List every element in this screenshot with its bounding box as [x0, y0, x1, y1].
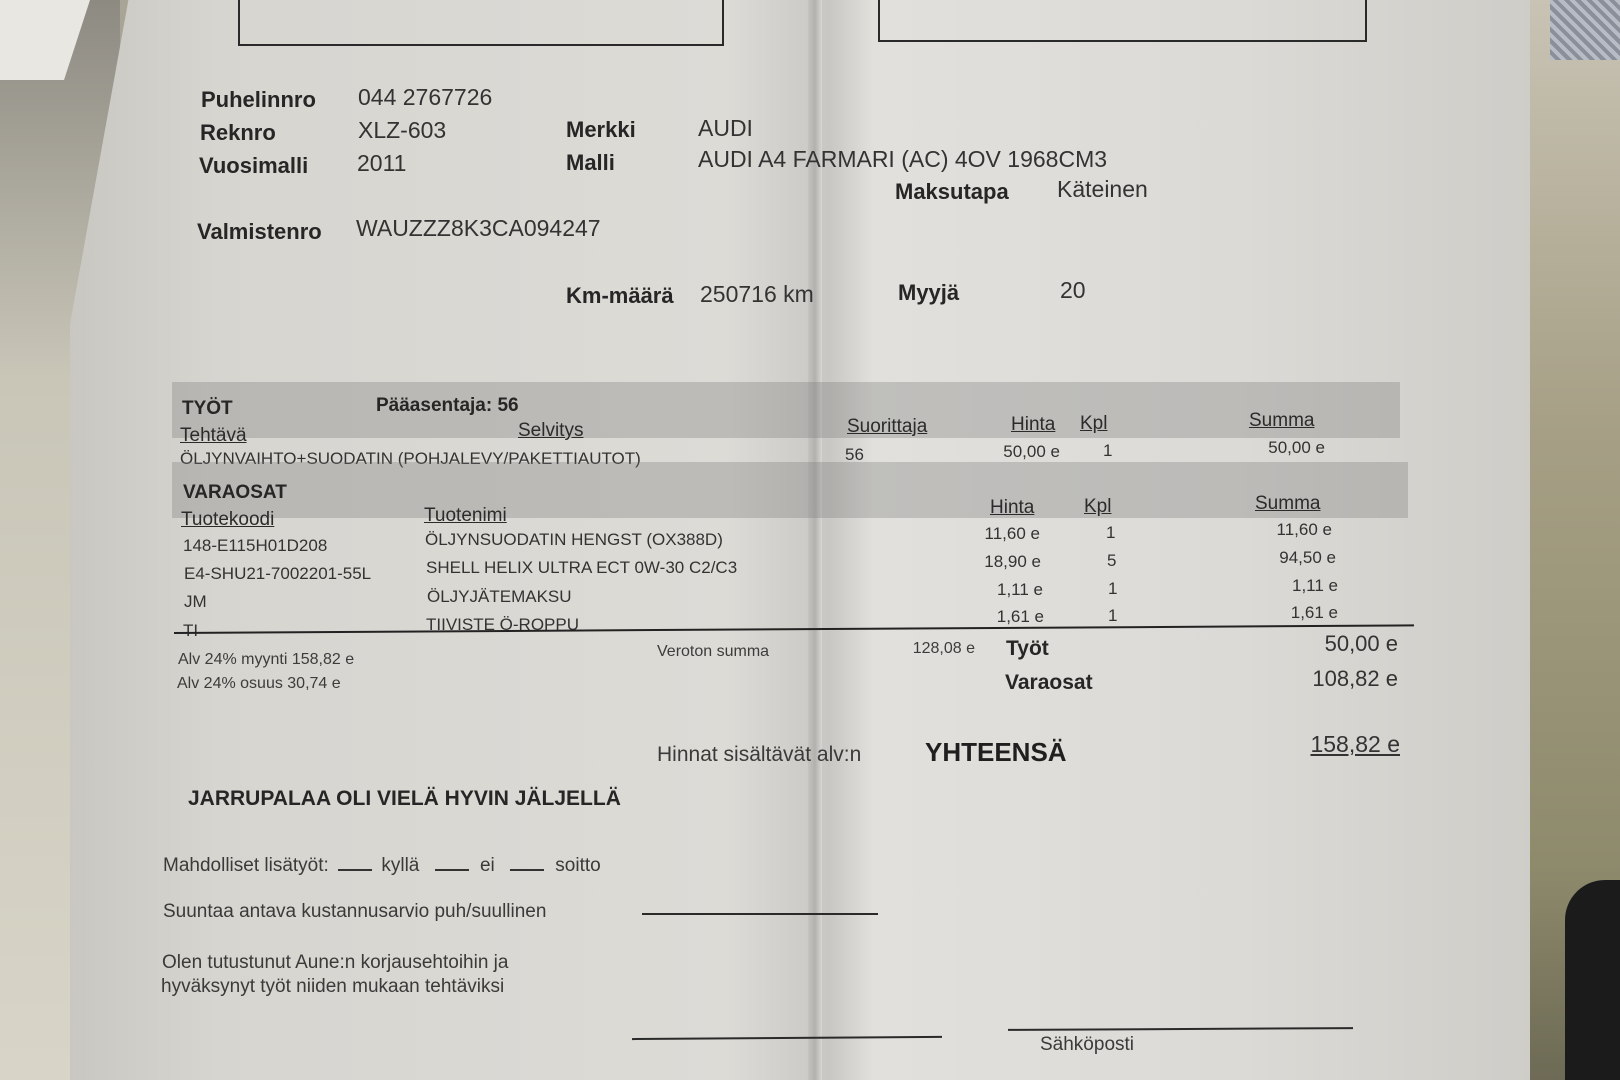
estimate-line[interactable] [642, 913, 878, 915]
seller-label: Myyjä [898, 280, 959, 306]
part-price: 11,60 e [940, 524, 1040, 544]
km-value: 250716 km [700, 281, 814, 308]
col-price: Hinta [1011, 414, 1055, 436]
year-value: 2011 [357, 150, 406, 177]
lead-mechanic: Pääasentaja: 56 [376, 395, 519, 417]
labor-sum: 50,00 e [1225, 438, 1325, 458]
col-part-qty: Kpl [1084, 496, 1111, 518]
part-code: E4-SHU21-7002201-55L [184, 564, 371, 584]
parts-header-band [172, 462, 1408, 518]
no-checkbox-line[interactable] [435, 869, 469, 871]
vin-value: WAUZZZ8K3CA094247 [356, 215, 601, 242]
col-description: Selvitys [518, 420, 583, 442]
labor-qty: 1 [1103, 441, 1112, 461]
col-part-sum: Summa [1255, 493, 1320, 515]
part-qty: 5 [1107, 551, 1116, 571]
parts-total-value: 108,82 e [1250, 666, 1398, 692]
terms-line-2: hyväksynyt työt niiden mukaan tehtäviksi [161, 976, 504, 998]
call-checkbox-line[interactable] [510, 869, 544, 871]
part-qty: 1 [1108, 579, 1117, 599]
part-qty: 1 [1108, 606, 1117, 626]
part-sum: 11,60 e [1232, 520, 1332, 540]
foil-corner [1550, 0, 1620, 60]
col-performer: Suorittaja [847, 416, 927, 438]
net-value: 128,08 e [875, 640, 975, 658]
estimate-label: Suuntaa antava kustannusarvio puh/suulli… [163, 901, 546, 923]
part-sum: 1,11 e [1238, 576, 1338, 596]
model-value: AUDI A4 FARMARI (AC) 4OV 1968CM3 [698, 146, 1107, 173]
remark: JARRUPALAA OLI VIELÄ HYVIN JÄLJELLÄ [188, 787, 621, 811]
year-label: Vuosimalli [199, 153, 308, 179]
option-call: soitto [555, 855, 600, 876]
vat-note: Hinnat sisältävät alv:n [657, 743, 861, 767]
address-box-left [238, 0, 724, 46]
dark-object [1565, 880, 1620, 1080]
option-no: ei [480, 855, 495, 876]
km-label: Km-määrä [566, 283, 674, 309]
payment-label: Maksutapa [895, 179, 1009, 205]
labor-total-label: Työt [1006, 637, 1049, 661]
part-code: JM [184, 592, 207, 612]
vat-share: Alv 24% osuus 30,74 e [177, 675, 341, 693]
grand-total-value: 158,82 e [1250, 731, 1400, 758]
vin-label: Valmistenro [197, 219, 322, 245]
parts-total-label: Varaosat [1005, 671, 1093, 695]
make-label: Merkki [566, 117, 636, 143]
grand-total-label: YHTEENSÄ [925, 737, 1067, 768]
labor-header-band [172, 382, 1400, 438]
part-sum: 94,50 e [1236, 548, 1336, 568]
reg-value: XLZ-603 [358, 117, 446, 144]
parts-section-title: VARAOSAT [183, 482, 287, 504]
col-sum: Summa [1249, 410, 1314, 432]
make-value: AUDI [698, 115, 753, 142]
terms-line-1: Olen tutustunut Aune:n korjausehtoihin j… [162, 952, 508, 974]
address-box-right [878, 0, 1367, 42]
col-qty: Kpl [1080, 413, 1107, 435]
part-sum: 1,61 e [1238, 603, 1338, 623]
labor-section-title: TYÖT [182, 398, 233, 420]
part-price: 18,90 e [941, 552, 1041, 572]
labor-total-value: 50,00 e [1250, 631, 1398, 657]
reg-label: Reknro [200, 120, 276, 146]
col-code: Tuotekoodi [181, 509, 274, 531]
vat-sales: Alv 24% myynti 158,82 e [178, 651, 354, 669]
part-price: 1,11 e [943, 580, 1043, 600]
part-qty: 1 [1106, 523, 1115, 543]
phone-value: 044 2767726 [358, 84, 492, 111]
option-yes: kyllä [381, 855, 419, 876]
yes-checkbox-line[interactable] [338, 869, 372, 871]
part-price: 1,61 e [944, 607, 1044, 627]
net-label: Veroton summa [657, 643, 769, 661]
extra-work-row: Mahdolliset lisätyöt: kyllä ei soitto [163, 855, 601, 877]
part-name: SHELL HELIX ULTRA ECT 0W-30 C2/C3 [426, 558, 737, 578]
labor-price: 50,00 e [960, 442, 1060, 462]
model-label: Malli [566, 150, 615, 176]
extra-work-label: Mahdolliset lisätyöt: [163, 855, 329, 876]
part-name: ÖLJYNSUODATIN HENGST (OX388D) [425, 530, 723, 550]
part-name: ÖLJYJÄTEMAKSU [427, 587, 572, 607]
email-label: Sähköposti [1040, 1034, 1134, 1056]
payment-value: Käteinen [1057, 176, 1148, 203]
seller-value: 20 [1060, 277, 1086, 304]
col-part-price: Hinta [990, 497, 1034, 519]
part-code: 148-E115H01D208 [183, 536, 327, 556]
col-task: Tehtävä [180, 425, 247, 447]
col-name: Tuotenimi [424, 505, 507, 527]
phone-label: Puhelinnro [201, 87, 316, 113]
